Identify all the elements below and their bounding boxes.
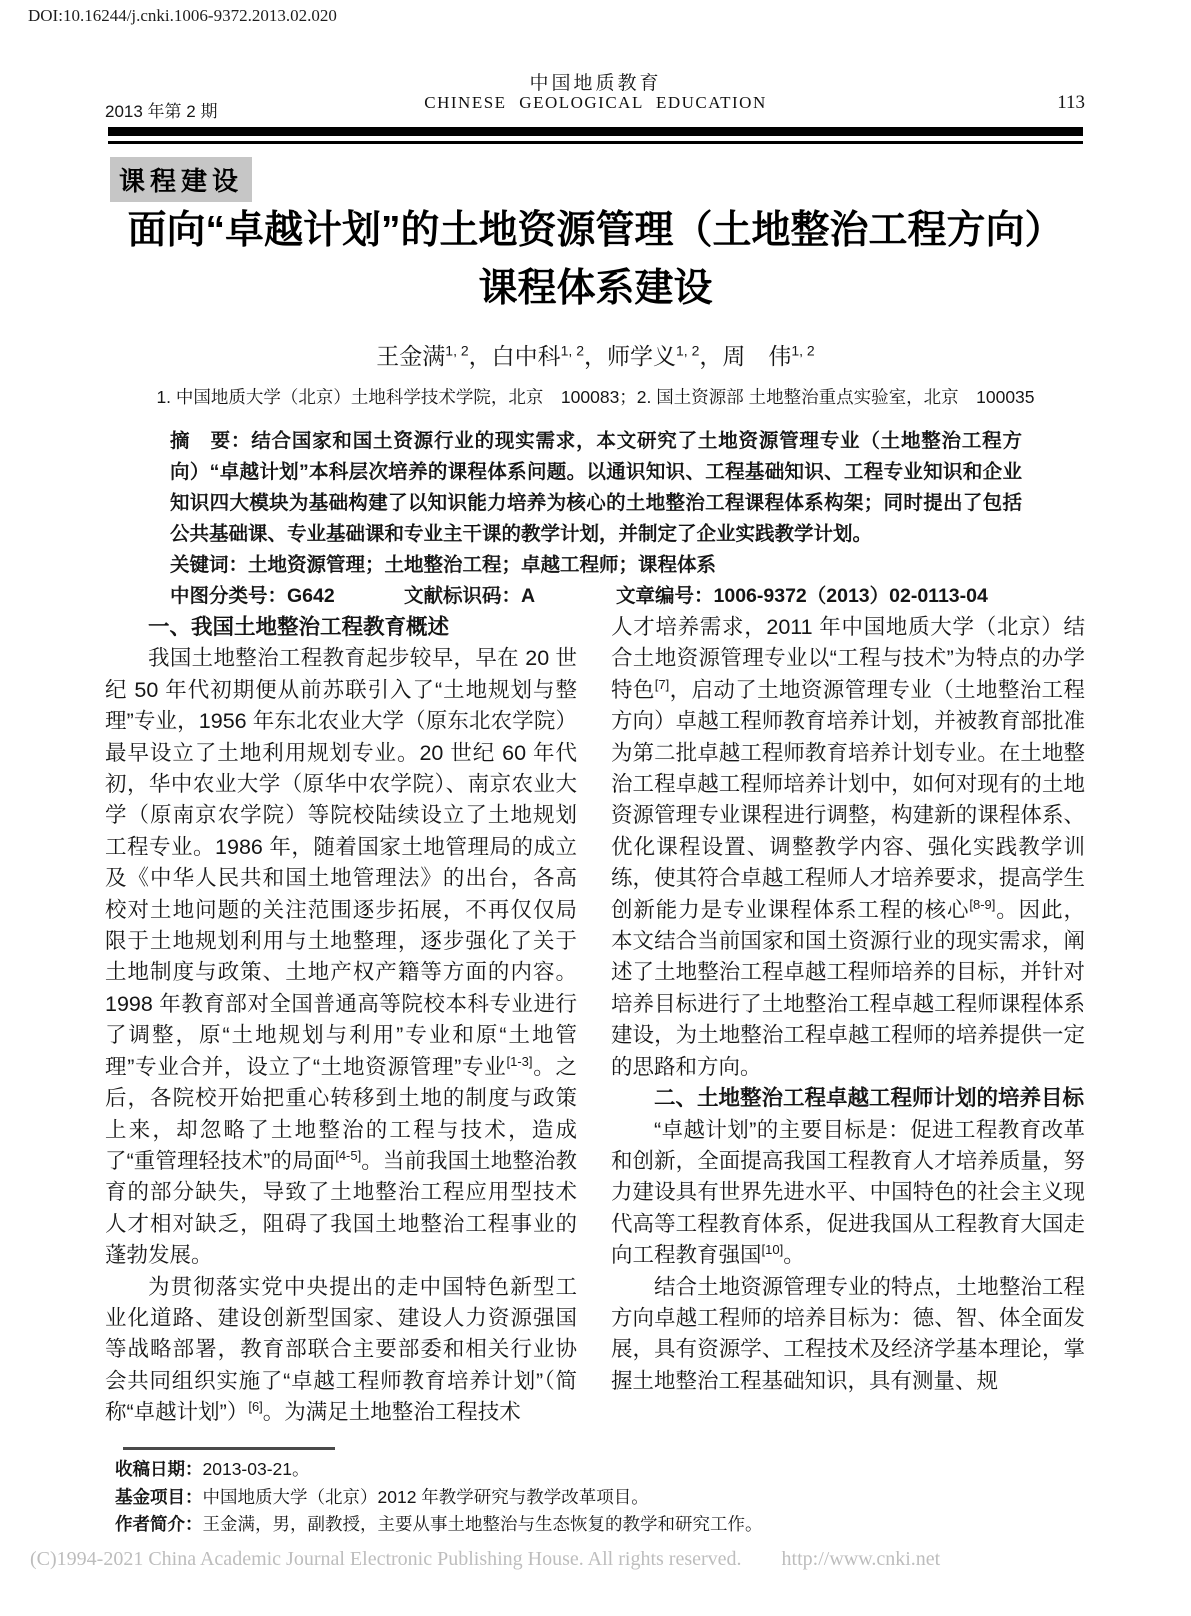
text-segment: ，周 伟: [699, 343, 791, 369]
footnote-block: 收稿日期：2013-03-21。基金项目：中国地质大学（北京）2012 年教学研…: [115, 1456, 763, 1539]
affiliation-line: 1. 中国地质大学（北京）土地科学技术学院，北京 100083；2. 国土资源部…: [0, 384, 1191, 409]
section-badge: 课程建设: [110, 157, 252, 202]
footnote-text: 2013-03-21。: [203, 1459, 310, 1479]
body-paragraph: 我国土地整治工程教育起步较早，早在 20 世纪 50 年代初期便从前苏联引入了“…: [105, 643, 577, 1271]
abstract-paragraph: 摘 要：结合国家和国土资源行业的现实需求，本文研究了土地资源管理专业（土地整治工…: [170, 426, 1022, 550]
text-segment: 。: [783, 1243, 805, 1267]
superscript-ref: [6]: [248, 1399, 262, 1414]
text-segment: “卓越计划”的主要目标是：促进工程教育改革和创新，全面提高我国工程教育人才培养质…: [611, 1118, 1085, 1268]
footnote-text: 中国地质大学（北京）2012 年教学研究与教学改革项目。: [203, 1487, 649, 1507]
text-segment: 我国土地整治工程教育起步较早，早在 20 世纪 50 年代初期便从前苏联引入了“…: [105, 646, 577, 1078]
body-paragraph: 结合土地资源管理专业的特点，土地整治工程方向卓越工程师的培养目标为：德、智、体全…: [611, 1272, 1085, 1398]
footnote-text: 王金满，男，副教授，主要从事土地整治与生态恢复的教学和研究工作。: [203, 1514, 763, 1534]
clc-number: 中图分类号：G642: [170, 581, 335, 612]
header-rule-thick: [108, 127, 1083, 136]
abstract-block: 摘 要：结合国家和国土资源行业的现实需求，本文研究了土地资源管理专业（土地整治工…: [170, 426, 1022, 612]
footnote-label: 收稿日期：: [115, 1459, 203, 1479]
article-title-line2: 课程体系建设: [0, 260, 1191, 318]
cnki-url: http://www.cnki.net: [782, 1548, 941, 1571]
body-column-left: 一、我国土地整治工程教育概述我国土地整治工程教育起步较早，早在 20 世纪 50…: [105, 612, 577, 1440]
paper-page: DOI:10.16244/j.cnki.1006-9372.2013.02.02…: [0, 0, 1191, 1616]
article-id: 文章编号：1006-9372（2013）02-0113-04: [616, 581, 988, 612]
superscript-ref: [8-9]: [969, 897, 995, 912]
footnote-line: 作者简介：王金满，男，副教授，主要从事土地整治与生态恢复的教学和研究工作。: [115, 1511, 763, 1539]
footnote-line: 收稿日期：2013-03-21。: [115, 1456, 763, 1484]
text-segment: 。因此，本文结合当前国家和国土资源行业的现实需求，阐述了土地整治工程卓越工程师培…: [611, 898, 1085, 1079]
copyright-text: (C)1994-2021 China Academic Journal Elec…: [30, 1548, 742, 1571]
author-line: 王金满1, 2，白中科1, 2，师学义1, 2，周 伟1, 2: [0, 338, 1191, 371]
superscript-ref: 1, 2: [791, 342, 814, 358]
text-segment: ，师学义: [584, 343, 676, 369]
header-rule-thin: [108, 141, 1083, 144]
superscript-ref: 1, 2: [445, 342, 468, 358]
body-paragraph: 人才培养需求，2011 年中国地质大学（北京）结合土地资源管理专业以“工程与技术…: [611, 612, 1085, 1083]
journal-name-cn: 中国地质教育: [0, 68, 1191, 95]
body-column-right: 人才培养需求，2011 年中国地质大学（北京）结合土地资源管理专业以“工程与技术…: [611, 612, 1085, 1440]
body-paragraph: 为贯彻落实党中央提出的走中国特色新型工业化道路、建设创新型国家、建设人力资源强国…: [105, 1272, 577, 1429]
body-paragraph: “卓越计划”的主要目标是：促进工程教育改革和创新，全面提高我国工程教育人才培养质…: [611, 1115, 1085, 1272]
doi-text: DOI:10.16244/j.cnki.1006-9372.2013.02.02…: [28, 6, 337, 26]
footnote-label: 作者简介：: [115, 1514, 203, 1534]
text-segment: ，启动了土地资源管理专业（土地整治工程方向）卓越工程师教育培养计划，并被教育部批…: [611, 678, 1085, 922]
classification-line: 中图分类号：G642 文献标识码：A 文章编号：1006-9372（2013）0…: [170, 581, 1022, 612]
footnote-line: 基金项目：中国地质大学（北京）2012 年教学研究与教学改革项目。: [115, 1484, 763, 1512]
keywords-text: 土地资源管理；土地整治工程；卓越工程师；课程体系: [248, 554, 716, 576]
page-number: 113: [1057, 92, 1085, 114]
page-footer: (C)1994-2021 China Academic Journal Elec…: [30, 1548, 940, 1571]
superscript-ref: 1, 2: [561, 342, 584, 358]
footnote-rule: [123, 1447, 335, 1450]
superscript-ref: [7]: [655, 677, 669, 692]
section-heading: 二、土地整治工程卓越工程师计划的培养目标: [611, 1083, 1085, 1114]
superscript-ref: [1-3]: [507, 1054, 533, 1069]
document-code: 文献标识码：A: [404, 581, 535, 612]
issue-label: 2013 年第 2 期: [105, 97, 217, 122]
keywords-line: 关键词：土地资源管理；土地整治工程；卓越工程师；课程体系: [170, 550, 1022, 581]
text-segment: ，白中科: [469, 343, 561, 369]
section-heading: 一、我国土地整治工程教育概述: [105, 612, 577, 643]
text-segment: 。为满足土地整治工程技术: [263, 1400, 521, 1424]
article-title-line1: 面向“卓越计划”的土地资源管理（土地整治工程方向）: [0, 202, 1191, 260]
superscript-ref: 1, 2: [676, 342, 699, 358]
keywords-label: 关键词：: [170, 554, 248, 576]
text-segment: 结合土地资源管理专业的特点，土地整治工程方向卓越工程师的培养目标为：德、智、体全…: [611, 1275, 1085, 1393]
abstract-text: 结合国家和国土资源行业的现实需求，本文研究了土地资源管理专业（土地整治工程方向）…: [170, 430, 1022, 545]
abstract-label: 摘 要：: [170, 430, 251, 452]
superscript-ref: [10]: [762, 1242, 784, 1257]
superscript-ref: [4-5]: [335, 1148, 361, 1163]
text-segment: 王金满: [376, 343, 445, 369]
footnote-label: 基金项目：: [115, 1487, 203, 1507]
article-title: 面向“卓越计划”的土地资源管理（土地整治工程方向） 课程体系建设: [0, 202, 1191, 318]
